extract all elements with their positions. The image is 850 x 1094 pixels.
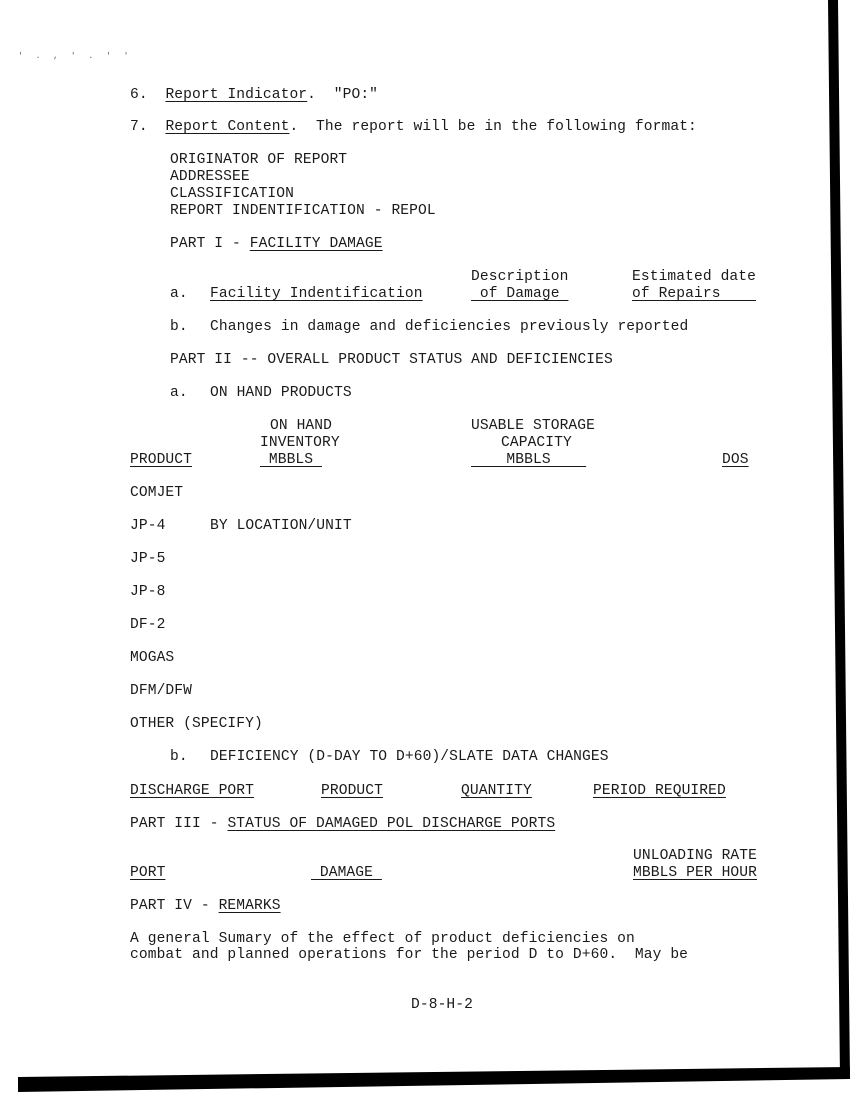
header-dos: DOS (722, 452, 749, 469)
section-7-text: . The report will be in the following fo… (289, 119, 696, 135)
part-1-prefix: PART I - (170, 236, 250, 252)
header-unloading-rate-line1: UNLOADING RATE (633, 848, 757, 865)
page-number: D-8-H-2 (411, 997, 473, 1014)
section-7-number: 7. (130, 119, 148, 135)
part-1-heading: PART I - FACILITY DAMAGE (170, 236, 383, 253)
part-1-item-b-text: Changes in damage and deficiencies previ… (210, 319, 688, 336)
header-on-hand-line3: MBBLS (260, 452, 322, 469)
remarks-line-2: combat and planned operations for the pe… (130, 947, 688, 964)
col-description-line1: Description (471, 269, 568, 286)
part-4-prefix: PART IV - (130, 898, 219, 914)
product-comjet: COMJET (130, 485, 183, 502)
header-on-hand-line1: ON HAND (270, 418, 332, 435)
header-on-hand-line2: INVENTORY (260, 435, 340, 452)
part-2-item-a-label: a. (170, 385, 188, 402)
col-description-line2: of Damage (471, 286, 568, 303)
section-7-title: Report Content (165, 119, 289, 135)
header-usable-line3: MBBLS (471, 452, 586, 469)
product-jp5: JP-5 (130, 551, 165, 568)
jp4-note: BY LOCATION/UNIT (210, 518, 352, 535)
section-6-number: 6. (130, 87, 148, 103)
part-1-title: FACILITY DAMAGE (250, 236, 383, 252)
remarks-line-1: A general Sumary of the effect of produc… (130, 931, 635, 948)
part-2-heading: PART II -- OVERALL PRODUCT STATUS AND DE… (170, 352, 613, 369)
header-line-classification: CLASSIFICATION (170, 186, 294, 203)
part-1-item-b-label: b. (170, 319, 188, 336)
header-port: PORT (130, 865, 165, 882)
col-estimated-date-line1: Estimated date (632, 269, 756, 286)
part-3-heading: PART III - STATUS OF DAMAGED POL DISCHAR… (130, 816, 555, 833)
part-2-item-b-label: b. (170, 749, 188, 766)
header-usable-line1: USABLE STORAGE (471, 418, 595, 435)
section-6: 6. Report Indicator. "PO:" (130, 87, 378, 104)
section-7: 7. Report Content. The report will be in… (130, 119, 697, 136)
header-line-addressee: ADDRESSEE (170, 169, 250, 186)
part-4-heading: PART IV - REMARKS (130, 898, 281, 915)
header-line-originator: ORIGINATOR OF REPORT (170, 152, 347, 169)
header-discharge-port: DISCHARGE PORT (130, 783, 254, 800)
header-product: PRODUCT (130, 452, 192, 469)
col-estimated-date-line2: of Repairs (632, 286, 756, 303)
header-usable-line2: CAPACITY (501, 435, 572, 452)
part-2-item-b-text: DEFICIENCY (D-DAY TO D+60)/SLATE DATA CH… (210, 749, 609, 766)
product-jp4: JP-4 (130, 518, 165, 535)
header-deficiency-product: PRODUCT (321, 783, 383, 800)
header-line-report-id: REPORT INDENTIFICATION - REPOL (170, 203, 436, 220)
col-facility-identification: Facility Indentification (210, 286, 423, 303)
section-6-title: Report Indicator (165, 87, 307, 103)
product-df2: DF-2 (130, 617, 165, 634)
product-other: OTHER (SPECIFY) (130, 716, 263, 733)
part-3-prefix: PART III - (130, 816, 227, 832)
header-unloading-rate-line2: MBBLS PER HOUR (633, 865, 757, 882)
header-period-required: PERIOD REQUIRED (593, 783, 726, 800)
product-dfm-dfw: DFM/DFW (130, 683, 192, 700)
header-damage: DAMAGE (311, 865, 382, 882)
part-3-title: STATUS OF DAMAGED POL DISCHARGE PORTS (227, 816, 555, 832)
part-1-item-a-label: a. (170, 286, 188, 303)
scan-border (0, 0, 850, 1094)
product-mogas: MOGAS (130, 650, 174, 667)
part-2-item-a-text: ON HAND PRODUCTS (210, 385, 352, 402)
part-4-title: REMARKS (219, 898, 281, 914)
section-6-text: . "PO:" (307, 87, 378, 103)
header-quantity: QUANTITY (461, 783, 532, 800)
scan-specks: ' . , ' . ' ' (18, 52, 132, 61)
product-jp8: JP-8 (130, 584, 165, 601)
